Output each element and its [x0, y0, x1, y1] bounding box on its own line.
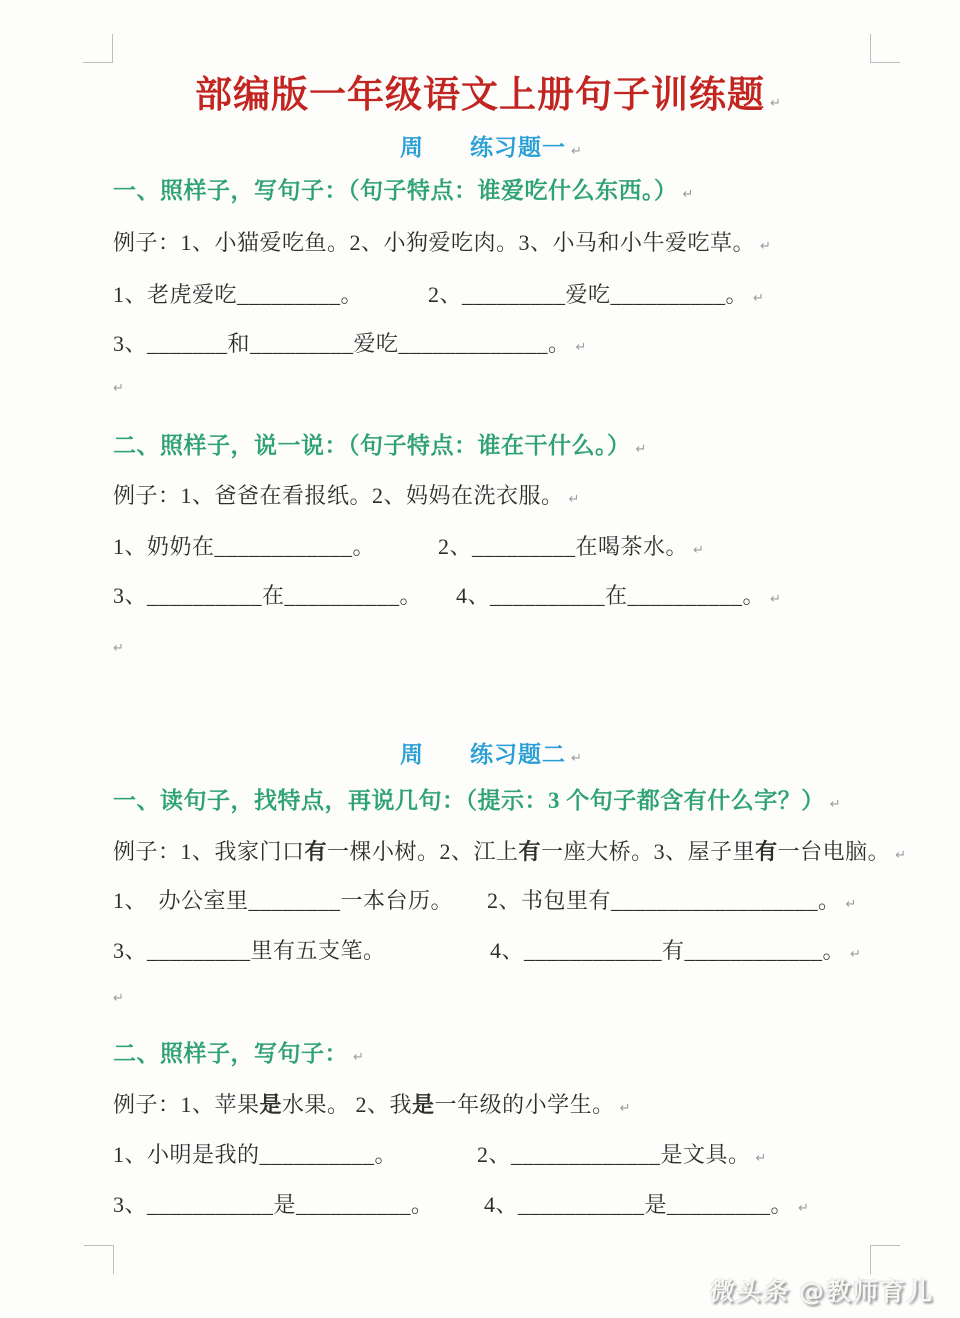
return-mark-icon: ↵: [770, 96, 781, 111]
p2-q1-item3: 3、_________里有五支笔。: [113, 937, 386, 965]
p1-q1-heading: 一、照样子，写句子：（句子特点：谁爱吃什么东西。）↵: [113, 177, 693, 209]
return-mark-icon: ↵: [770, 592, 781, 607]
example-text: 一台电脑。: [778, 839, 891, 864]
fill-item-text: 4、___________是_________。: [484, 1192, 793, 1217]
return-mark-icon: ↵: [683, 187, 694, 202]
p2-q2-item2: 2、_____________是文具。↵: [477, 1141, 766, 1173]
empty-paragraph-return-mark-icon: ↵: [113, 641, 124, 656]
p2-q1-item2: 2、书包里有__________________。↵: [487, 887, 856, 919]
empty-paragraph-return-mark-icon: ↵: [113, 381, 124, 396]
example-text: 一座大桥。3、屋子里: [541, 839, 755, 864]
return-mark-icon: ↵: [571, 144, 582, 159]
p1-q2-item2: 2、_________在喝茶水。↵: [438, 533, 704, 565]
doc-title-text: 部编版一年级语文上册句子训练题: [195, 75, 765, 116]
example-keyword: 是: [260, 1092, 283, 1117]
p2-q1-heading: 一、读句子，找特点，再说几句：（提示：3 个句子都含有什么字？）↵: [113, 787, 841, 819]
example-keyword: 有: [755, 839, 778, 864]
p2-q1-example: 例子：1、我家门口有一棵小树。2、江上有一座大桥。3、屋子里有一台电脑。↵: [113, 838, 906, 870]
crop-mark-bottom-left: [84, 1245, 114, 1274]
fill-item-text: 2、_________在喝茶水。: [438, 534, 688, 559]
fill-item-text: 4、____________有____________。: [490, 938, 845, 963]
part1-header: 周练习题一↵: [11, 129, 960, 162]
return-mark-icon: ↵: [850, 947, 861, 962]
p1-q1-item3: 3、_______和_________爱吃_____________。↵: [113, 330, 586, 362]
fill-item-text: 3、_______和_________爱吃_____________。: [113, 331, 571, 356]
fill-item-text: 1、老虎爱吃_________。: [113, 282, 363, 307]
empty-paragraph-return-mark-icon: ↵: [113, 991, 124, 1006]
p2-q2-example: 例子：1、苹果是水果。 2、我是一年级的小学生。↵: [113, 1091, 630, 1123]
part2-header: 周练习题二↵: [11, 736, 960, 769]
p1-q2-example: 例子：1、爸爸在看报纸。2、妈妈在洗衣服。↵: [113, 482, 579, 514]
week-label: 周: [400, 742, 424, 767]
fill-item-text: 3、_________里有五支笔。: [113, 938, 386, 963]
example-text: 例子：1、爸爸在看报纸。2、妈妈在洗衣服。: [113, 483, 564, 508]
p2-q1-item4: 4、____________有____________。↵: [490, 937, 861, 969]
example-text: 一年级的小学生。: [435, 1092, 615, 1117]
p1-q2-item3: 3、__________在__________。: [113, 582, 422, 610]
example-text: 例子：1、小猫爱吃鱼。2、小狗爱吃肉。3、小马和小牛爱吃草。: [113, 230, 755, 255]
example-keyword: 是: [412, 1092, 435, 1117]
return-mark-icon: ↵: [693, 543, 704, 558]
return-mark-icon: ↵: [830, 797, 841, 812]
p2-q2-item1: 1、小明是我的__________。: [113, 1141, 397, 1169]
return-mark-icon: ↵: [798, 1201, 809, 1216]
return-mark-icon: ↵: [620, 1101, 631, 1116]
return-mark-icon: ↵: [895, 848, 906, 863]
example-text: 一棵小树。2、江上: [327, 839, 519, 864]
p1-q2-heading: 二、照样子，说一说：（句子特点：谁在干什么。）↵: [113, 432, 646, 464]
exercise-title: 练习题一: [470, 135, 566, 160]
return-mark-icon: ↵: [846, 897, 857, 912]
heading-text: 一、读句子，找特点，再说几句：（提示：3 个句子都含有什么字？）: [113, 788, 825, 813]
crop-mark-top-right: [870, 34, 900, 63]
crop-mark-top-left: [83, 34, 113, 63]
fill-item-text: 1、小明是我的__________。: [113, 1142, 397, 1167]
fill-item-text: 4、__________在__________。: [456, 583, 765, 608]
fill-item-text: 1、奶奶在____________。: [113, 534, 375, 559]
p2-q2-item3: 3、___________是__________。: [113, 1191, 434, 1219]
heading-text: 一、照样子，写句子：（句子特点：谁爱吃什么东西。）: [113, 178, 678, 203]
return-mark-icon: ↵: [569, 492, 580, 507]
week-label: 周: [400, 135, 424, 160]
fill-item-text: 3、__________在__________。: [113, 583, 422, 608]
example-text: 水果。 2、我: [282, 1092, 412, 1117]
return-mark-icon: ↵: [753, 291, 764, 306]
p1-q1-item2: 2、_________爱吃__________。↵: [428, 281, 764, 313]
example-keyword: 有: [519, 839, 542, 864]
heading-text: 二、照样子，写句子：: [113, 1041, 348, 1066]
return-mark-icon: ↵: [353, 1050, 364, 1065]
toutiao-logo: 微头条: [707, 1272, 793, 1308]
worksheet-page: 部编版一年级语文上册句子训练题↵ 周练习题一↵ 一、照样子，写句子：（句子特点：…: [0, 0, 960, 1318]
watermark-handle: @教师育儿: [799, 1277, 934, 1306]
return-mark-icon: ↵: [760, 239, 771, 254]
p2-q2-heading: 二、照样子，写句子：↵: [113, 1040, 364, 1072]
p2-q1-item1: 1、 办公室里________一本台历。: [113, 887, 453, 915]
return-mark-icon: ↵: [576, 340, 587, 355]
fill-item-text: 3、___________是__________。: [113, 1192, 434, 1217]
heading-text: 二、照样子，说一说：（句子特点：谁在干什么。）: [113, 433, 631, 458]
exercise-title: 练习题二: [470, 742, 566, 767]
p2-q2-item4: 4、___________是_________。↵: [484, 1191, 809, 1223]
fill-item-text: 2、书包里有__________________。: [487, 888, 841, 913]
example-keyword: 有: [305, 839, 328, 864]
example-text: 例子：1、苹果: [113, 1092, 260, 1117]
crop-mark-bottom-right: [870, 1245, 900, 1274]
p1-q2-item4: 4、__________在__________。↵: [456, 582, 781, 614]
doc-title: 部编版一年级语文上册句子训练题↵: [8, 64, 960, 118]
return-mark-icon: ↵: [636, 442, 647, 457]
watermark: 微头条@教师育儿: [710, 1272, 934, 1308]
example-text: 例子：1、我家门口: [113, 839, 305, 864]
p1-q1-example: 例子：1、小猫爱吃鱼。2、小狗爱吃肉。3、小马和小牛爱吃草。↵: [113, 229, 771, 261]
p1-q2-item1: 1、奶奶在____________。: [113, 533, 375, 561]
p1-q1-item1: 1、老虎爱吃_________。: [113, 281, 363, 309]
return-mark-icon: ↵: [756, 1151, 767, 1166]
fill-item-text: 1、 办公室里________一本台历。: [113, 888, 453, 913]
return-mark-icon: ↵: [571, 751, 582, 766]
fill-item-text: 2、_____________是文具。: [477, 1142, 751, 1167]
fill-item-text: 2、_________爱吃__________。: [428, 282, 748, 307]
